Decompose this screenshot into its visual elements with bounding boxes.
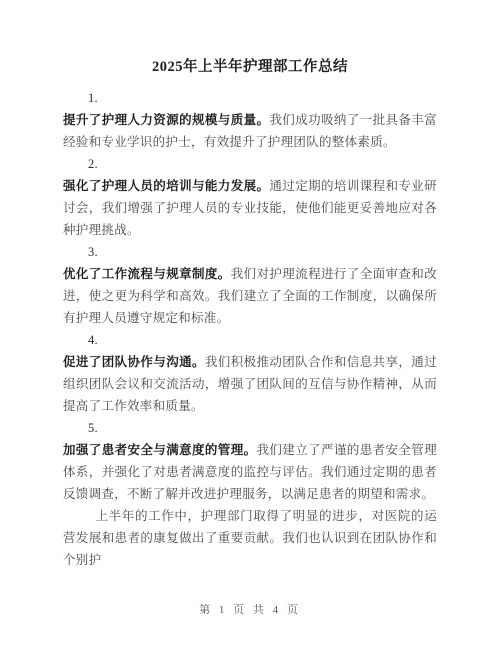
document-page: 2025年上半年护理部工作总结 1. 提升了护理人力资源的规模与质量。我们成功吸… — [0, 0, 500, 647]
list-paragraph-4: 促进了团队协作与沟通。我们积极推动团队合作和信息共享，通过组织团队会议和交流活动… — [63, 351, 437, 417]
page-number-label: 第 1 页 共 4 页 — [199, 604, 301, 616]
closing-paragraph: 上半年的工作中，护理部门取得了明显的进步，对医院的运营发展和患者的康复做出了重要… — [63, 505, 437, 571]
paragraph-heading-4: 促进了团队协作与沟通。 — [63, 355, 205, 369]
page-footer: 第 1 页 共 4 页 — [0, 601, 500, 617]
document-title: 2025年上半年护理部工作总结 — [0, 0, 500, 77]
list-number-3: 3. — [63, 241, 437, 263]
list-number-4: 4. — [63, 329, 437, 351]
list-paragraph-1: 提升了护理人力资源的规模与质量。我们成功吸纳了一批具备丰富经验和专业学识的护士，… — [63, 109, 437, 153]
paragraph-heading-5: 加强了患者安全与满意度的管理。 — [63, 443, 257, 457]
paragraph-heading-2: 强化了护理人员的培训与能力发展。 — [63, 179, 269, 193]
document-body: 1. 提升了护理人力资源的规模与质量。我们成功吸纳了一批具备丰富经验和专业学识的… — [0, 87, 500, 571]
list-number-1: 1. — [63, 87, 437, 109]
list-paragraph-2: 强化了护理人员的培训与能力发展。通过定期的培训课程和专业研讨会，我们增强了护理人… — [63, 175, 437, 241]
paragraph-heading-3: 优化了工作流程与规章制度。 — [63, 267, 231, 281]
list-number-5: 5. — [63, 417, 437, 439]
paragraph-heading-1: 提升了护理人力资源的规模与质量。 — [63, 113, 269, 127]
list-paragraph-5: 加强了患者安全与满意度的管理。我们建立了严谨的患者安全管理体系，并强化了对患者满… — [63, 439, 437, 505]
list-number-2: 2. — [63, 153, 437, 175]
list-paragraph-3: 优化了工作流程与规章制度。我们对护理流程进行了全面审查和改进，使之更为科学和高效… — [63, 263, 437, 329]
